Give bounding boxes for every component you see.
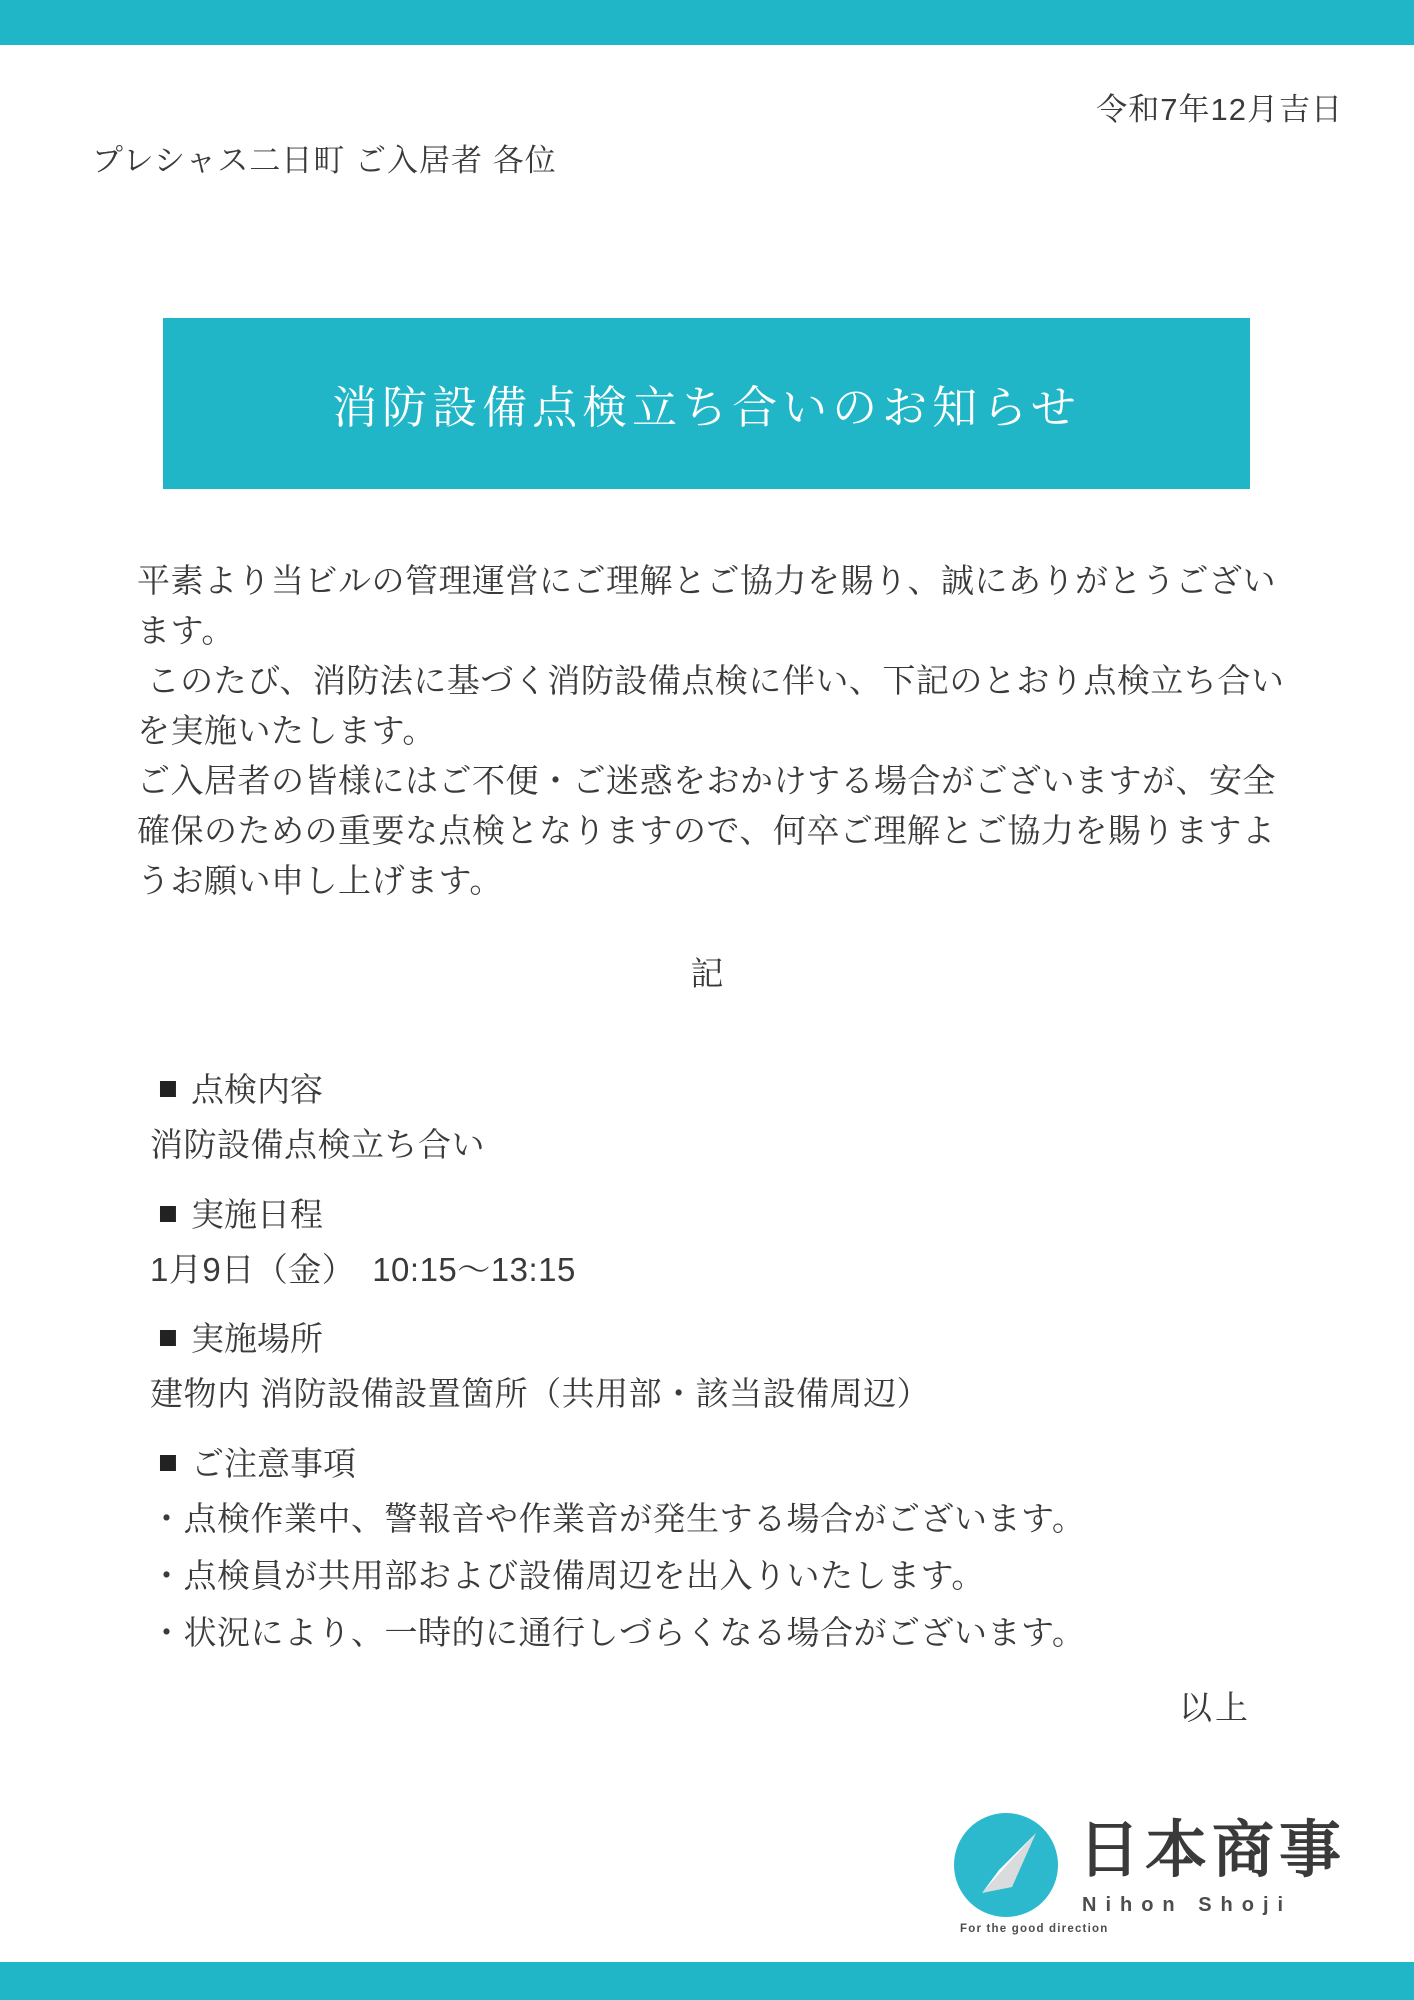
- caution-item: ・点検員が共用部および設備周辺を出入りいたします。: [150, 1552, 1085, 1599]
- logo-circle: [954, 1813, 1058, 1917]
- section-location: ■ 実施場所 建物内 消防設備設置箇所（共用部・該当設備周辺）: [150, 1313, 930, 1417]
- square-bullet-icon: ■: [158, 1069, 178, 1107]
- document-date: 令和7年12月吉日: [1096, 84, 1343, 129]
- paper-plane-icon: [954, 1813, 1058, 1917]
- square-bullet-icon: ■: [158, 1443, 178, 1481]
- caution-item: ・状況により、一時的に通行しづらくなる場合がございます。: [150, 1609, 1085, 1656]
- document-title: 消防設備点検立ち合いのお知らせ: [332, 371, 1081, 436]
- greeting-paragraphs: 平素より当ビルの管理運営にご理解とご協力を賜り、誠にありがとうございます。 この…: [137, 556, 1299, 906]
- section-schedule: ■ 実施日程 1月9日（金） 10:15〜13:15: [150, 1189, 576, 1293]
- section-heading: ■ ご注意事項: [150, 1438, 356, 1485]
- square-bullet-icon: ■: [158, 1194, 178, 1232]
- company-name: 日本商事: [1078, 1820, 1346, 1882]
- section-heading-label: ご注意事項: [191, 1438, 356, 1485]
- bottom-accent-bar: [0, 1962, 1414, 2000]
- section-heading: ■ 点検内容: [150, 1064, 323, 1111]
- closing-ijou: 以上: [1179, 1682, 1251, 1729]
- company-name-en: Nihon Shoji: [1082, 1894, 1292, 1917]
- section-heading-label: 実施場所: [191, 1313, 323, 1360]
- logo-tagline: For the good direction: [960, 1923, 1108, 1935]
- section-line: 建物内 消防設備設置箇所（共用部・該当設備周辺）: [150, 1370, 930, 1417]
- section-heading: ■ 実施場所: [150, 1313, 323, 1360]
- paragraph: このたび、消防法に基づく消防設備点検に伴い、下記のとおり点検立ち合いを実施いたし…: [137, 656, 1299, 756]
- section-line: 1月9日（金） 10:15〜13:15: [150, 1246, 576, 1293]
- company-logo: For the good direction 日本商事 Nihon Shoji: [948, 1808, 1368, 1958]
- top-accent-bar: [0, 0, 1414, 45]
- section-line: 消防設備点検立ち合い: [150, 1121, 485, 1168]
- paragraph: 平素より当ビルの管理運営にご理解とご協力を賜り、誠にありがとうございます。: [137, 556, 1299, 656]
- record-separator: 記: [0, 948, 1414, 995]
- section-heading-label: 実施日程: [191, 1189, 323, 1236]
- caution-item: ・点検作業中、警報音や作業音が発生する場合がございます。: [150, 1495, 1085, 1542]
- paragraph: ご入居者の皆様にはご不便・ご迷惑をおかけする場合がございますが、安全確保のための…: [137, 756, 1299, 906]
- addressee-line: プレシャス二日町 ご入居者 各位: [92, 135, 557, 180]
- section-inspection-content: ■ 点検内容 消防設備点検立ち合い: [150, 1064, 485, 1168]
- section-heading: ■ 実施日程: [150, 1189, 323, 1236]
- title-banner: 消防設備点検立ち合いのお知らせ: [163, 318, 1250, 489]
- section-cautions: ■ ご注意事項 ・点検作業中、警報音や作業音が発生する場合がございます。 ・点検…: [150, 1438, 1085, 1656]
- section-heading-label: 点検内容: [191, 1064, 323, 1111]
- square-bullet-icon: ■: [158, 1318, 178, 1356]
- notice-document: 令和7年12月吉日 プレシャス二日町 ご入居者 各位 消防設備点検立ち合いのお知…: [0, 0, 1414, 2000]
